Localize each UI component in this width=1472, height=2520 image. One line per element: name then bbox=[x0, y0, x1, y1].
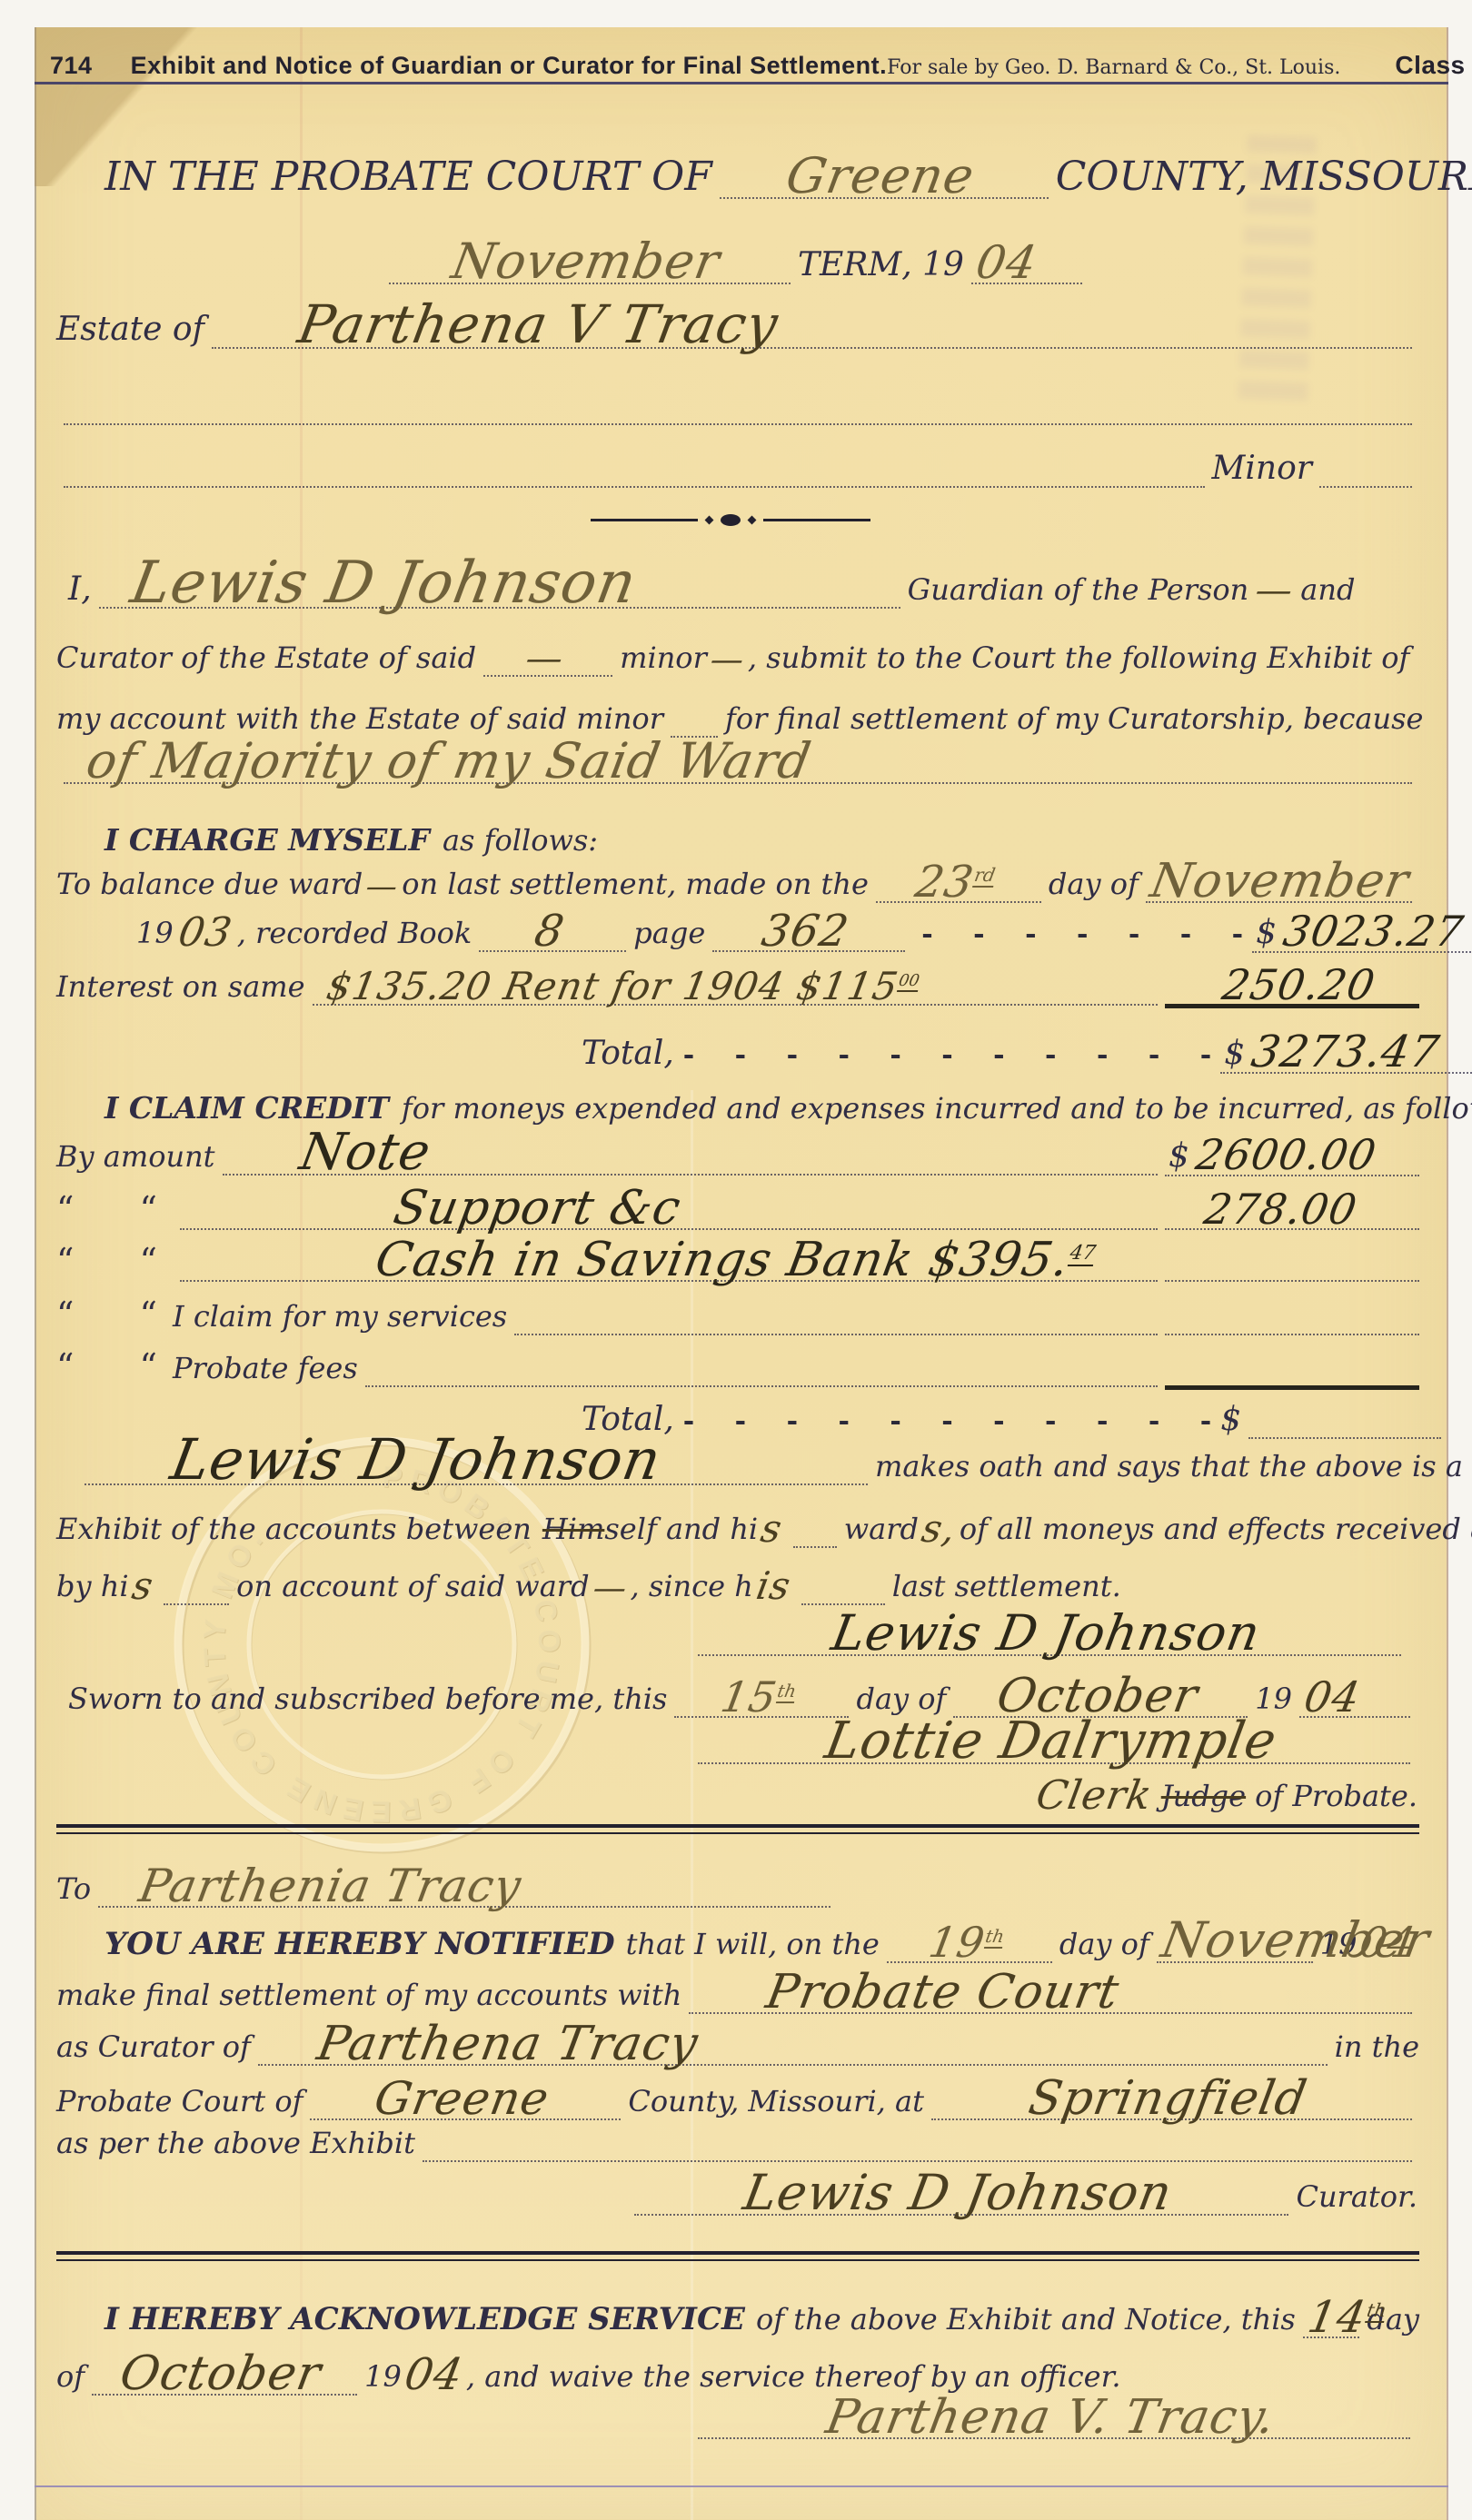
minor-blank bbox=[64, 455, 1205, 488]
him-struck-text: Him bbox=[542, 1512, 604, 1546]
balance-amount-box: $ 3023.27 bbox=[1252, 911, 1472, 953]
curator-of-line: as Curator of Parthena Tracy in the bbox=[56, 2021, 1419, 2066]
ack-day-handwritten: 14th bbox=[1305, 2299, 1387, 2336]
ditto-marks-2: “ “ bbox=[56, 1189, 173, 1229]
city-blank: Springfield bbox=[931, 2076, 1412, 2120]
as-per-line: as per the above Exhibit bbox=[56, 2126, 1419, 2162]
ack-line-1: I HEREBY ACKNOWLEDGE SERVICE of the abov… bbox=[104, 2297, 1419, 2338]
credit1-handwritten: Note bbox=[296, 1131, 433, 1175]
curator-signature-line: Lewis D Johnson Curator. bbox=[627, 2169, 1417, 2216]
embossed-court-seal: PROBATE COURT OF GREENE COUNTY MO. bbox=[168, 1431, 595, 1858]
to-name-blank: Parthenia Tracy bbox=[98, 1864, 830, 1908]
by-text-a: by hi bbox=[56, 1569, 129, 1603]
guardian-name-blank: Lewis D Johnson bbox=[99, 556, 900, 609]
interest-amount-box: 250.20 bbox=[1165, 965, 1419, 1008]
balance-text-a: To balance due ward bbox=[56, 867, 363, 901]
notice-county-blank: Greene bbox=[310, 2077, 621, 2120]
book-blank: 8 bbox=[479, 910, 626, 952]
ack-signature-line: Parthena V. Tracy. bbox=[691, 2395, 1417, 2439]
probate-court-line: Probate Court of Greene County, Missouri… bbox=[56, 2076, 1419, 2120]
interest-handwritten: $135.20 Rent for 1904 $11500 bbox=[323, 970, 920, 1003]
form-title: Exhibit and Notice of Guardian or Curato… bbox=[131, 52, 888, 80]
to-name-handwritten: Parthenia Tracy bbox=[136, 1867, 524, 1906]
i-label: I, bbox=[68, 570, 92, 608]
credit-heading: I CLAIM CREDIT for moneys expended and e… bbox=[104, 1090, 1419, 1126]
interest-line: Interest on same $135.20 Rent for 1904 $… bbox=[56, 965, 1419, 1008]
settle-handwritten: Probate Court bbox=[763, 1972, 1122, 2012]
oath-signature-handwritten: Lewis D Johnson bbox=[829, 1612, 1263, 1654]
charge-heading-rest: as follows: bbox=[443, 823, 598, 858]
credit2-blank: Support &c bbox=[180, 1186, 1158, 1230]
ornament-bar-left bbox=[591, 519, 698, 521]
ack-month-blank: October bbox=[92, 2351, 357, 2396]
ack-signature-blank: Parthena V. Tracy. bbox=[698, 2395, 1410, 2439]
credit3-handwritten: Cash in Savings Bank $395.47 bbox=[373, 1240, 1098, 1280]
credit4-blank bbox=[514, 1303, 1158, 1335]
blank-line-1 bbox=[56, 392, 1419, 425]
credit5-blank bbox=[365, 1354, 1158, 1387]
notice-day-handwritten: 19th bbox=[926, 1925, 1006, 1960]
vendor-note: For sale by Geo. D. Barnard & Co., St. L… bbox=[887, 56, 1340, 79]
curator-name-handwritten: Parthena Tracy bbox=[314, 2024, 701, 2064]
minor-trailing-blank bbox=[1319, 455, 1412, 488]
court-title-prefix: IN THE PROBATE COURT OF bbox=[104, 154, 712, 200]
settle-blank: Probate Court bbox=[689, 1969, 1412, 2014]
ack-rest: of the above Exhibit and Notice, this bbox=[756, 2302, 1296, 2336]
clerk-signature-handwritten: Lottie Dalrymple bbox=[821, 1720, 1279, 1763]
notified-rest: that I will, on the bbox=[626, 1927, 880, 1961]
oath-byhis-line: by hi s on account of said ward — , sinc… bbox=[56, 1567, 1419, 1605]
curator-text: Curator of the Estate of said bbox=[56, 640, 476, 675]
account-text: my account with the Estate of said minor bbox=[56, 701, 663, 736]
notice-to-line: To Parthenia Tracy bbox=[56, 1864, 838, 1908]
services-label: I claim for my services bbox=[173, 1299, 507, 1334]
form-number: 714 bbox=[50, 52, 93, 80]
as-per-blank bbox=[423, 2129, 1412, 2162]
declaration-line-2: Curator of the Estate of said — minor — … bbox=[56, 640, 1419, 677]
judge-struck-text: Judge bbox=[1161, 1779, 1246, 1813]
sworn-day-blank: 15th bbox=[674, 1677, 849, 1718]
charge-total-dollar: $ bbox=[1224, 1035, 1245, 1072]
declaration-line-1: I, Lewis D Johnson Guardian of the Perso… bbox=[68, 556, 1417, 609]
settle-line: make final settlement of my accounts wit… bbox=[56, 1969, 1419, 2014]
class-label: Class 5 bbox=[1395, 51, 1472, 80]
ditto-marks-3: “ “ bbox=[56, 1241, 173, 1281]
minor-text: minor bbox=[620, 640, 707, 675]
city-handwritten: Springfield bbox=[1026, 2079, 1310, 2118]
balance-amount-handwritten: 3023.27 bbox=[1281, 914, 1467, 949]
exhibit-text-b: self and hi bbox=[604, 1512, 758, 1546]
credit-total-dollar: $ bbox=[1220, 1401, 1241, 1438]
balance-day-handwritten: 23rd bbox=[913, 864, 998, 901]
charge-heading-caps: I CHARGE MYSELF bbox=[104, 822, 430, 858]
ditto-marks-4: “ “ bbox=[56, 1295, 173, 1334]
balance-dollar: $ bbox=[1256, 914, 1277, 951]
balance-text-b: on last settlement, made on the bbox=[402, 867, 869, 901]
term-line: November TERM, 19 04 bbox=[382, 238, 1054, 284]
recorded-dashes: - - - - - - - bbox=[912, 918, 1252, 950]
curator-signature-blank: Lewis D Johnson bbox=[634, 2169, 1288, 2216]
curator-signature-handwritten: Lewis D Johnson bbox=[741, 2172, 1175, 2214]
term-label: TERM, 19 bbox=[798, 246, 964, 283]
balance-line: To balance due ward — on last settlement… bbox=[56, 858, 1419, 903]
oath-signature-line: Lewis D Johnson bbox=[691, 1610, 1408, 1656]
estate-name-blank: Parthena V Tracy bbox=[212, 300, 1412, 349]
section-rule-1 bbox=[56, 1824, 1419, 1834]
minor-line: Minor bbox=[56, 450, 1419, 488]
ack-year-handwritten: 04 bbox=[398, 2356, 469, 2394]
charge-heading: I CHARGE MYSELF as follows: bbox=[104, 822, 1377, 858]
blank-fill-1 bbox=[64, 392, 1412, 425]
credit-row-1: By amount Note $ 2600.00 bbox=[56, 1128, 1419, 1176]
notice-day-blank: 19th bbox=[887, 1922, 1052, 1963]
minor-dash-handwritten: — bbox=[704, 647, 750, 675]
balance-day-blank: 23rd bbox=[876, 861, 1041, 903]
oath-exhibit-line: Exhibit of the accounts between Him self… bbox=[56, 1510, 1419, 1548]
credit-row-2: “ “ Support &c 278.00 bbox=[56, 1186, 1419, 1230]
sworn-day-handwritten: 15th bbox=[719, 1680, 799, 1715]
book-handwritten: 8 bbox=[532, 913, 567, 950]
charge-total-handwritten: 3273.47 bbox=[1248, 1034, 1442, 1071]
by-blank-2 bbox=[801, 1573, 885, 1605]
s2-handwritten: s, bbox=[916, 1513, 962, 1545]
curator-name-blank: Parthena Tracy bbox=[258, 2021, 1328, 2066]
form-header: 714 Exhibit and Notice of Guardian or Cu… bbox=[50, 51, 1417, 80]
credit4-amount-box bbox=[1165, 1303, 1419, 1335]
court-title-suffix: COUNTY, MISSOURI. bbox=[1056, 154, 1472, 200]
page-blank: 362 bbox=[712, 910, 905, 952]
bottom-rule bbox=[35, 2485, 1448, 2487]
probate-fees-label: Probate fees bbox=[173, 1351, 358, 1385]
oath-name-line: Lewis D Johnson makes oath and says that… bbox=[77, 1434, 1417, 1485]
page-label: page bbox=[633, 916, 705, 950]
because-blank: of Majority of my Said Ward bbox=[64, 738, 1412, 784]
oath-name-blank: Lewis D Johnson bbox=[85, 1434, 868, 1485]
estate-label: Estate of bbox=[56, 311, 204, 348]
estate-name-handwritten: Parthena V Tracy bbox=[295, 303, 781, 347]
exhibit-label: as per the above Exhibit bbox=[56, 2126, 415, 2160]
by-blank-1 bbox=[164, 1573, 229, 1605]
because-handwritten: of Majority of my Said Ward bbox=[84, 740, 814, 782]
credit-heading-caps: I CLAIM CREDIT bbox=[104, 1090, 389, 1126]
ornament-dot bbox=[721, 514, 741, 526]
interest-label: Interest on same bbox=[56, 969, 305, 1004]
sworn-month-handwritten: October bbox=[994, 1676, 1201, 1716]
credit-heading-rest: for moneys expended and expenses incurre… bbox=[402, 1091, 1472, 1126]
recorded-text: , recorded Book bbox=[237, 916, 472, 950]
charge-total-line: Total, - - - - - - - - - - - $ 3273.47 bbox=[582, 1031, 1417, 1074]
credit3-amount-box bbox=[1165, 1249, 1419, 1282]
credit1-dollar: $ bbox=[1169, 1137, 1189, 1175]
exhibit-text-c: of all moneys and effects received and p… bbox=[960, 1512, 1472, 1546]
ornament-diamond-right bbox=[748, 516, 757, 525]
balance-month-blank: November bbox=[1146, 858, 1412, 903]
notified-line: YOU ARE HEREBY NOTIFIED that I will, on … bbox=[104, 1917, 1419, 1963]
term-year-blank: 04 bbox=[971, 241, 1082, 284]
section-rule-2 bbox=[56, 2251, 1419, 2261]
credit-row-4: “ “ I claim for my services bbox=[56, 1295, 1419, 1335]
term-month-blank: November bbox=[389, 238, 791, 284]
notice-year-handwritten: 04 bbox=[1354, 1925, 1422, 1960]
settle-label: make final settlement of my accounts wit… bbox=[56, 1978, 681, 2012]
minor-label: Minor bbox=[1212, 450, 1312, 487]
by-text-b: on account of said ward bbox=[236, 1569, 589, 1603]
curator-label: as Curator of bbox=[56, 2029, 251, 2064]
exhibit-text-a: Exhibit of the accounts between bbox=[56, 1512, 532, 1546]
notice-day-of: day of bbox=[1059, 1927, 1149, 1961]
said-dash-handwritten: — bbox=[523, 643, 566, 674]
oath-text: makes oath and says that the above is a … bbox=[875, 1449, 1472, 1483]
guardian-text: Guardian of the Person bbox=[908, 572, 1249, 607]
balance-month-handwritten: November bbox=[1148, 861, 1412, 901]
ack-of-label: of bbox=[56, 2359, 85, 2394]
in-the-text: in the bbox=[1335, 2029, 1419, 2064]
ornament-diamond-left bbox=[705, 516, 714, 525]
charge-total-label: Total, bbox=[582, 1035, 674, 1072]
interest-blank: $135.20 Rent for 1904 $11500 bbox=[313, 967, 1158, 1006]
credit2-handwritten: Support &c bbox=[391, 1188, 683, 1228]
s1-handwritten: s bbox=[755, 1513, 789, 1545]
oath-name-handwritten: Lewis D Johnson bbox=[167, 1436, 664, 1484]
ditto-marks-5: “ “ bbox=[56, 1346, 173, 1386]
person-dash-handwritten: — bbox=[1246, 575, 1303, 606]
county-handwritten: Greene bbox=[783, 155, 978, 197]
final-text: for final settlement of my Curatorship, … bbox=[725, 701, 1423, 736]
said-blank: — bbox=[483, 640, 612, 677]
credit3-blank: Cash in Savings Bank $395.47 bbox=[180, 1237, 1158, 1282]
charge-total-box: $ 3273.47 bbox=[1220, 1031, 1472, 1074]
guardian-name-handwritten: Lewis D Johnson bbox=[127, 559, 640, 608]
notified-caps: YOU ARE HEREBY NOTIFIED bbox=[104, 1926, 615, 1962]
credit1-amount-box: $ 2600.00 bbox=[1165, 1135, 1419, 1176]
at-label: County, Missouri, at bbox=[628, 2084, 924, 2118]
interest-amount-handwritten: 250.20 bbox=[1220, 967, 1378, 1003]
term-year-handwritten: 04 bbox=[973, 243, 1039, 283]
by-dash-handwritten: — bbox=[587, 1575, 632, 1603]
sworn-text: Sworn to and subscribed before me, this bbox=[68, 1682, 667, 1716]
balance-dash-handwritten: — bbox=[361, 874, 404, 900]
year-print: 19 bbox=[136, 916, 174, 950]
notice-county-handwritten: Greene bbox=[373, 2079, 552, 2118]
ack-waive-text: , and waive the service thereof by an of… bbox=[466, 2359, 1121, 2394]
estate-line: Estate of Parthena V Tracy bbox=[56, 300, 1419, 349]
by-amount-label: By amount bbox=[56, 1139, 215, 1174]
oath-signature-blank: Lewis D Johnson bbox=[698, 1610, 1401, 1656]
and-text: and bbox=[1300, 572, 1355, 607]
credit-row-5: “ “ Probate fees bbox=[56, 1346, 1419, 1390]
notice-month-blank: November bbox=[1157, 1917, 1313, 1963]
to-label: To bbox=[56, 1871, 91, 1906]
term-month-handwritten: November bbox=[449, 241, 723, 283]
ward-text: ward bbox=[844, 1512, 919, 1546]
judge-rest-text: of Probate. bbox=[1255, 1779, 1417, 1813]
credit-row-3: “ “ Cash in Savings Bank $395.47 bbox=[56, 1237, 1419, 1282]
because-line: of Majority of my Said Ward bbox=[56, 738, 1419, 784]
credit1-blank: Note bbox=[223, 1128, 1158, 1176]
header-rule bbox=[35, 82, 1448, 84]
by-s-handwritten: s bbox=[125, 1570, 159, 1602]
ack-day-blank: 14th bbox=[1303, 2297, 1360, 2338]
by-text-d: last settlement. bbox=[892, 1569, 1121, 1603]
sworn-year-blank: 04 bbox=[1299, 1677, 1410, 1718]
credit-total-dashes: - - - - - - - - - - - bbox=[674, 1405, 1220, 1437]
court-title-line: IN THE PROBATE COURT OF Greene COUNTY, M… bbox=[104, 153, 1377, 200]
by-text-c: , since h bbox=[631, 1569, 753, 1603]
recorded-line: 19 03 , recorded Book 8 page 362 - - - -… bbox=[136, 910, 1419, 953]
judge-title-line: Clerk Judge of Probate. bbox=[981, 1776, 1417, 1813]
sworn-year-handwritten: 04 bbox=[1302, 1680, 1363, 1715]
clerk-signature-blank: Lottie Dalrymple bbox=[698, 1717, 1410, 1764]
curator-title: Curator. bbox=[1296, 2179, 1417, 2214]
credit2-amount-handwritten: 278.00 bbox=[1202, 1192, 1360, 1227]
court-of-label: Probate Court of bbox=[56, 2084, 303, 2118]
ack-year-print: 19 bbox=[364, 2359, 402, 2394]
ack-signature-handwritten: Parthena V. Tracy. bbox=[823, 2397, 1278, 2437]
ornament-bar-right bbox=[763, 519, 870, 521]
divider-ornament-icon bbox=[591, 514, 870, 526]
submit-text: , submit to the Court the following Exhi… bbox=[748, 640, 1409, 675]
balance-day-of: day of bbox=[1049, 867, 1139, 901]
ack-line-2: of October 19 04 , and waive the service… bbox=[56, 2351, 1419, 2396]
credit1-amount-handwritten: 2600.00 bbox=[1193, 1137, 1378, 1173]
credit5-sum-rule bbox=[1165, 1354, 1419, 1390]
clerk-handwritten: Clerk bbox=[1034, 1779, 1155, 1812]
clerk-signature-line: Lottie Dalrymple bbox=[691, 1717, 1417, 1764]
his-handwritten: is bbox=[751, 1570, 797, 1602]
credit2-amount-box: 278.00 bbox=[1165, 1189, 1419, 1230]
county-blank: Greene bbox=[720, 153, 1049, 199]
ack-caps: I HEREBY ACKNOWLEDGE SERVICE bbox=[104, 2301, 745, 2337]
charge-total-dashes: - - - - - - - - - - - bbox=[674, 1039, 1220, 1071]
scanned-probate-form: { "colors": { "paper": "#f2dfa7", "print… bbox=[0, 0, 1472, 2520]
exhibit-blank-1 bbox=[793, 1515, 837, 1548]
ack-month-handwritten: October bbox=[118, 2354, 325, 2394]
page-handwritten: 362 bbox=[760, 913, 852, 950]
year-handwritten: 03 bbox=[170, 916, 240, 949]
